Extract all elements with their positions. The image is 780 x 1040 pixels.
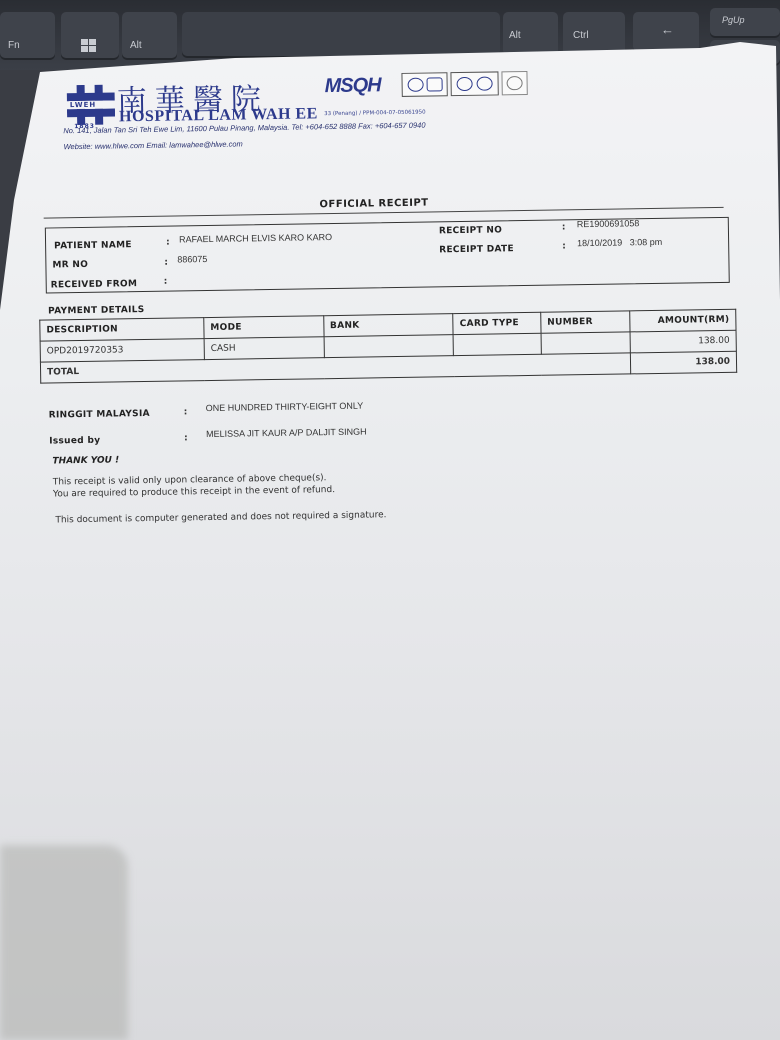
ringgit-words: ONE HUNDRED THIRTY-EIGHT ONLY	[206, 401, 364, 413]
col-card-type: CARD TYPE	[453, 312, 541, 334]
receipt-date-label: RECEIPT DATE	[439, 244, 514, 255]
note-refund: You are required to produce this receipt…	[53, 485, 335, 499]
row-number	[541, 332, 631, 354]
certification-badge-icon	[401, 72, 447, 97]
colon: :	[164, 277, 168, 287]
receipt-content: LWEH 1883 南華醫院 HOSPITAL LAM WAH EE 33 (P…	[0, 0, 780, 1040]
patient-name-label: PATIENT NAME	[54, 240, 132, 251]
col-description: DESCRIPTION	[40, 318, 204, 342]
website-email-line: Website: www.hlwe.com Email: lamwahee@hl…	[63, 139, 242, 151]
total-amount: 138.00	[631, 351, 737, 374]
colon: :	[562, 241, 566, 251]
payment-details-label: PAYMENT DETAILS	[48, 305, 145, 317]
logo-text: LWEH	[70, 101, 96, 109]
mr-no-value: 886075	[177, 254, 207, 264]
issued-by-value: MELISSA JIT KAUR A/P DALJIT SINGH	[206, 427, 367, 440]
receipt-title: OFFICIAL RECEIPT	[319, 198, 428, 211]
received-from-label: RECEIVED FROM	[51, 279, 138, 290]
mr-no-label: MR NO	[52, 260, 88, 271]
receipt-no-label: RECEIPT NO	[439, 225, 502, 236]
colon: :	[184, 407, 188, 417]
row-mode: CASH	[204, 337, 324, 360]
note-computer-generated: This document is computer generated and …	[55, 510, 386, 525]
certification-badge-icon	[501, 71, 527, 95]
receipt-date-value: 18/10/2019 3:08 pm	[577, 237, 662, 248]
msqh-logo: MSQH	[324, 74, 380, 98]
row-amount: 138.00	[630, 330, 736, 353]
thank-you-text: THANK YOU !	[52, 455, 119, 466]
receipt-no-value: RE1900691058	[577, 218, 640, 229]
col-number: NUMBER	[541, 311, 631, 333]
issued-by-label: Issued by	[49, 436, 100, 447]
registration-number: 33 (Penang) / PPM-004-07-05061950	[324, 110, 426, 118]
colon: :	[184, 433, 188, 443]
colon: :	[166, 238, 170, 248]
address-line: No. 141, Jalan Tan Sri Teh Ewe Lim, 1160…	[63, 121, 425, 136]
row-bank	[324, 335, 454, 358]
col-mode: MODE	[204, 316, 324, 339]
certification-badge-icon	[450, 71, 498, 96]
row-description: OPD2019720353	[40, 339, 204, 363]
col-amount: AMOUNT(RM)	[630, 309, 736, 332]
col-bank: BANK	[323, 314, 453, 337]
colon: :	[562, 222, 566, 232]
ringgit-label: RINGGIT MALAYSIA	[49, 409, 150, 421]
row-card-type	[453, 333, 541, 355]
colon: :	[164, 258, 168, 268]
payment-table: DESCRIPTION MODE BANK CARD TYPE NUMBER A…	[39, 309, 737, 384]
